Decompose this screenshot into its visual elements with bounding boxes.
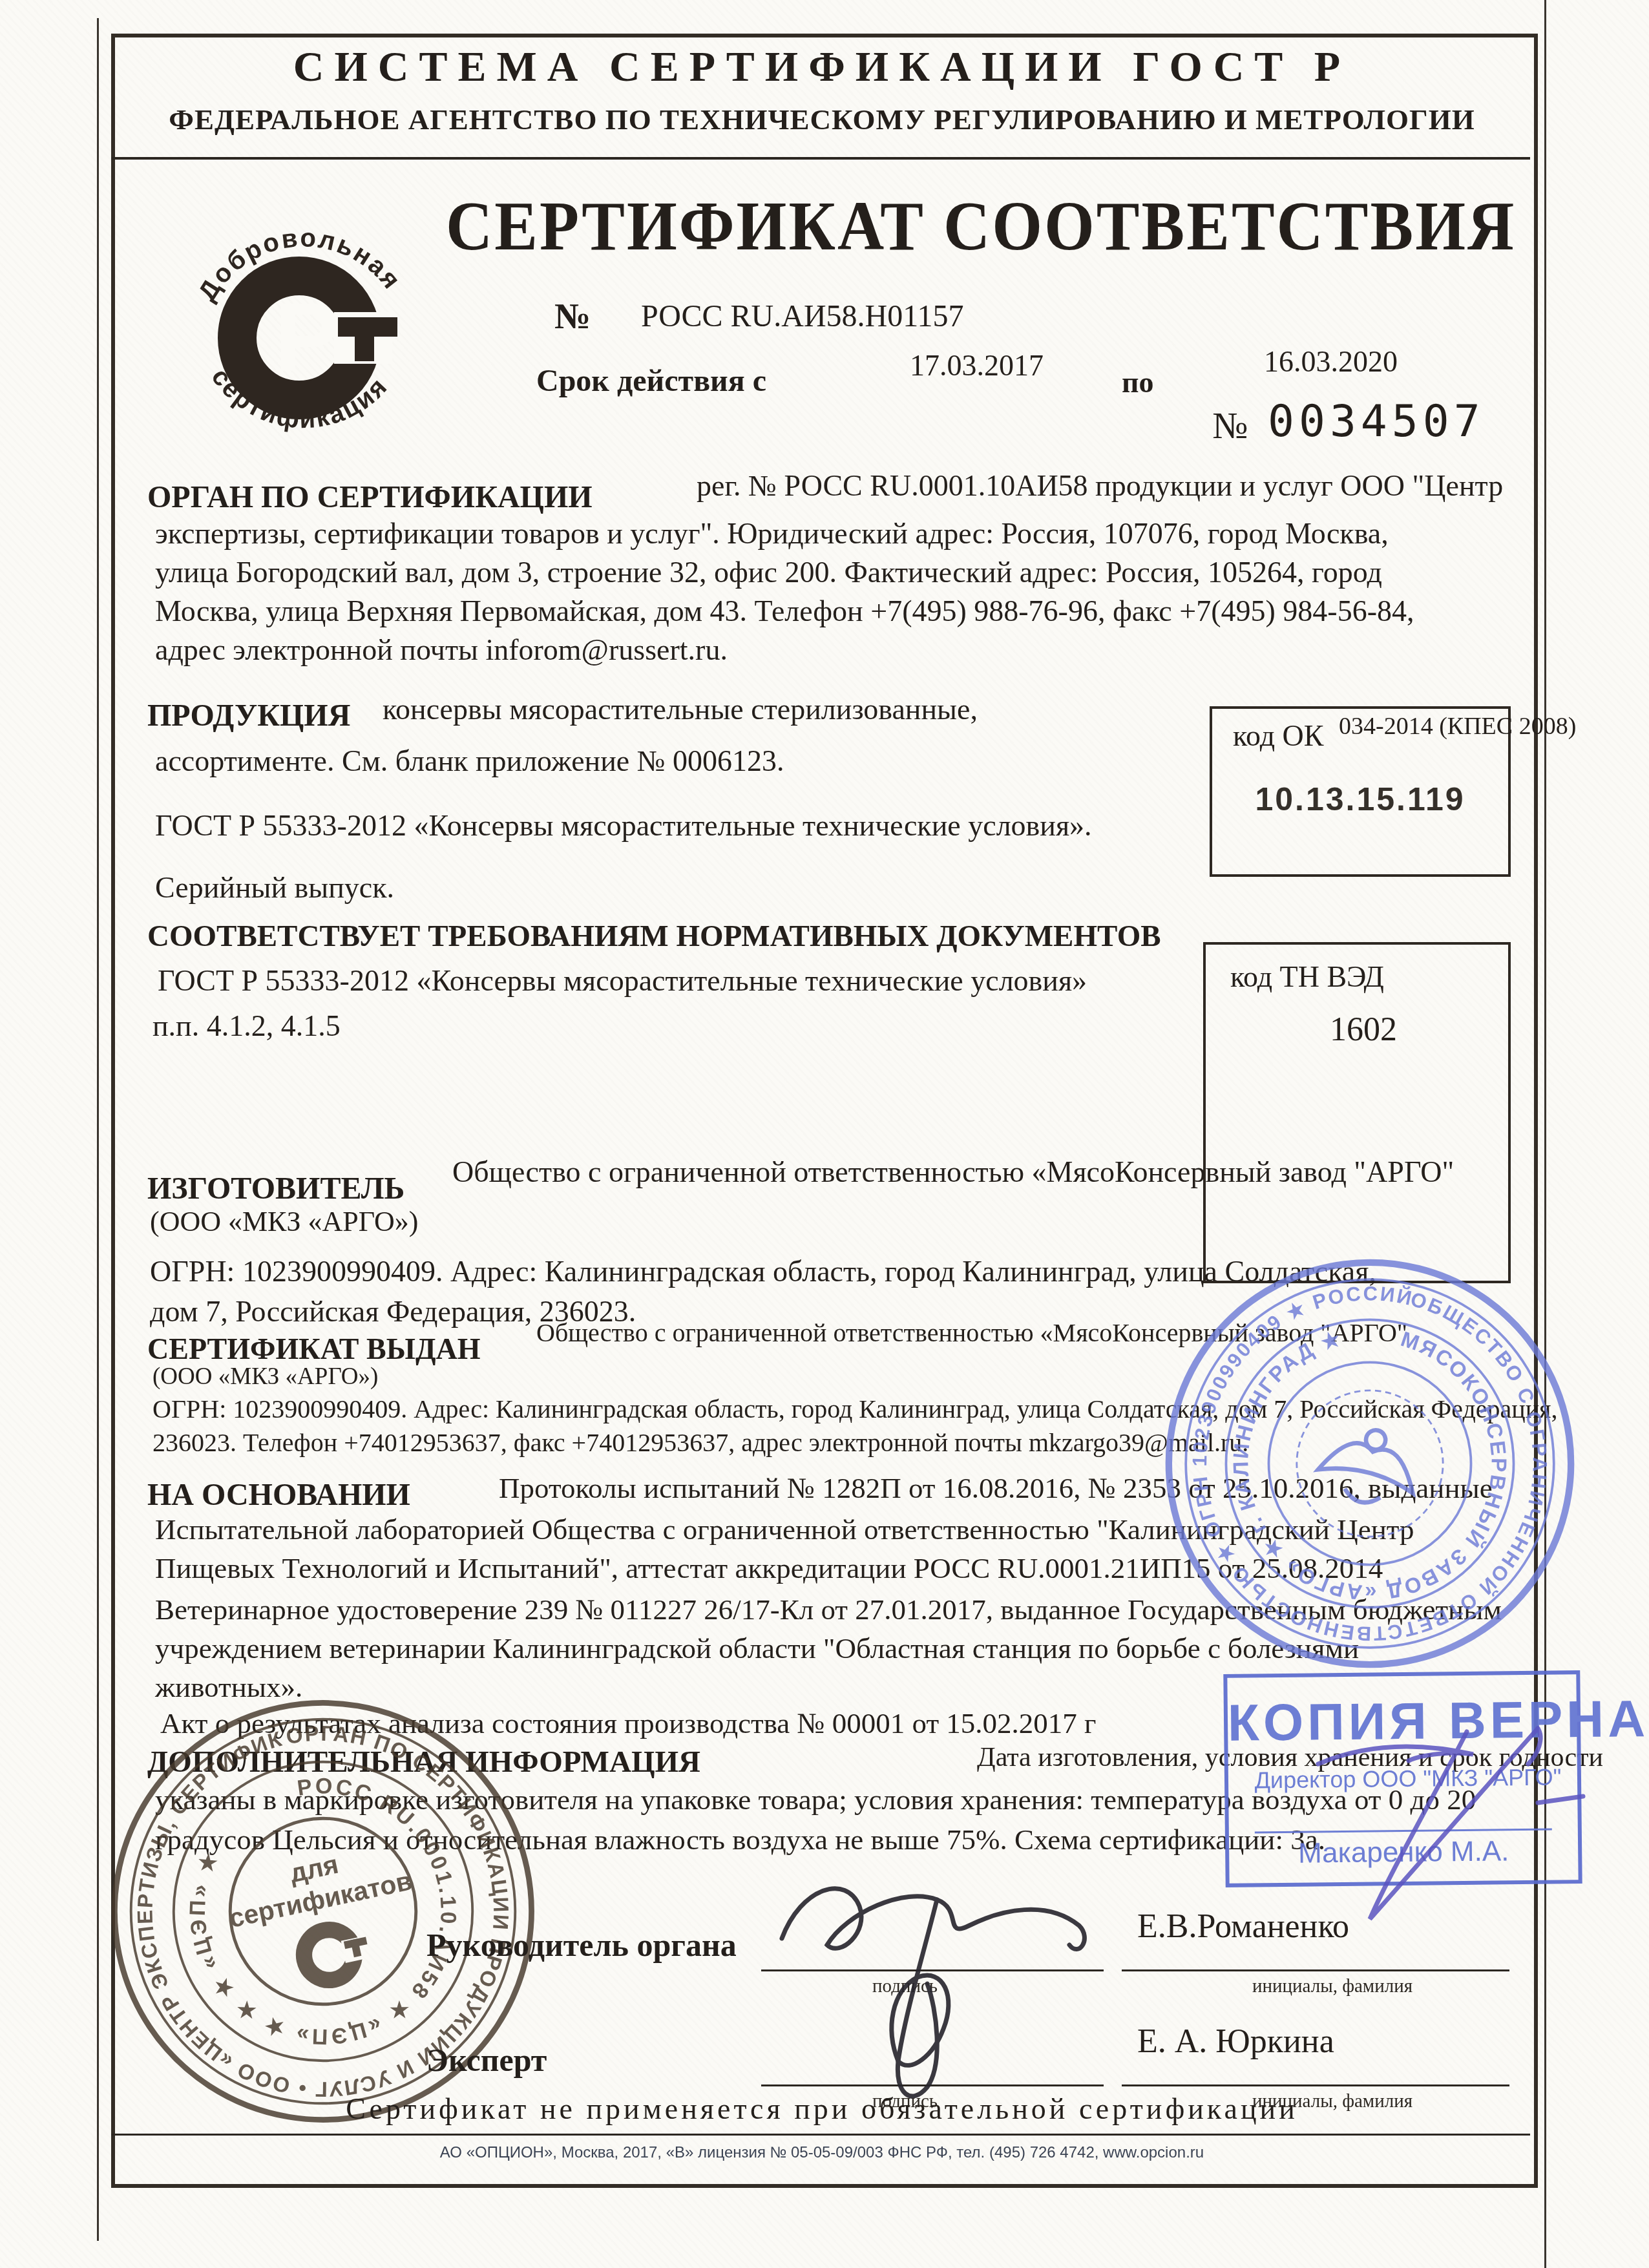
footer-rule bbox=[111, 2134, 1530, 2136]
organ-line4: Москва, улица Верхняя Первомайская, дом … bbox=[155, 594, 1414, 629]
black-stamp-mini-rst: Р bbox=[299, 1922, 373, 1985]
organ-line1: рег. № РОСС RU.0001.10АИ58 продукции и у… bbox=[697, 469, 1503, 503]
validity-label: Срок действия с bbox=[536, 363, 766, 399]
conformity-label: СООТВЕТСТВУЕТ ТРЕБОВАНИЯМ НОРМАТИВНЫХ ДО… bbox=[147, 919, 1161, 954]
expert-name-line bbox=[1122, 2084, 1509, 2086]
manufacturer-name: Общество с ограниченной ответственностью… bbox=[452, 1155, 1454, 1190]
date-to: 16.03.2020 bbox=[1264, 345, 1398, 379]
product-line4: Серийный выпуск. bbox=[155, 871, 394, 905]
code-ok-label: код ОК bbox=[1233, 719, 1324, 753]
product-line3: ГОСТ Р 55333-2012 «Консервы мясорастител… bbox=[155, 809, 1092, 843]
conformity-line2: п.п. 4.1.2, 4.1.5 bbox=[152, 1009, 341, 1044]
head-name-line bbox=[1122, 1969, 1509, 1971]
head-role: Руководитель органа bbox=[426, 1927, 737, 1964]
expert-name: Е. А. Юркина bbox=[1137, 2022, 1334, 2061]
organ-line2: экспертизы, сертификации товаров и услуг… bbox=[155, 517, 1389, 551]
blank-number: 0034507 bbox=[1268, 397, 1485, 447]
system-header: СИСТЕМА СЕРТИФИКАЦИИ ГОСТ Р bbox=[111, 43, 1533, 92]
date-from: 17.03.2017 bbox=[910, 349, 1044, 383]
blue-stamp-crest bbox=[1313, 1419, 1425, 1514]
product-line1: консервы мясорастительные стерилизованны… bbox=[383, 693, 978, 727]
fine-print: АО «ОПЦИОН», Москва, 2017, «В» лицензия … bbox=[111, 2144, 1533, 2162]
blank-number-label: № bbox=[1212, 404, 1248, 448]
product-label: ПРОДУКЦИЯ bbox=[147, 698, 350, 733]
rst-logo: Добровольная сертификация Р bbox=[171, 191, 436, 468]
code-ok-value: 10.13.15.119 bbox=[1212, 781, 1508, 819]
issued-to-line2: 236023. Телефон +74012953637, факс +7401… bbox=[152, 1428, 1248, 1458]
footer-note: Сертификат не применяется при обязательн… bbox=[111, 2092, 1533, 2126]
svg-text:Р: Р bbox=[275, 282, 339, 391]
certificate-page: СИСТЕМА СЕРТИФИКАЦИИ ГОСТ Р ФЕДЕРАЛЬНОЕ … bbox=[0, 0, 1649, 2268]
conformity-line1: ГОСТ Р 55333-2012 «Консервы мясорастител… bbox=[158, 964, 1087, 998]
agency-header: ФЕДЕРАЛЬНОЕ АГЕНТСТВО ПО ТЕХНИЧЕСКОМУ РЕ… bbox=[111, 103, 1533, 137]
organ-label: ОРГАН ПО СЕРТИФИКАЦИИ bbox=[147, 479, 593, 515]
expert-role: Эксперт bbox=[426, 2042, 547, 2079]
code-tn-label: код ТН ВЭД bbox=[1230, 960, 1384, 994]
manufacturer-line1: ОГРН: 1023900990409. Адрес: Калининградс… bbox=[150, 1255, 1376, 1289]
product-line2: ассортименте. См. бланк приложение № 000… bbox=[155, 744, 784, 779]
header-rule bbox=[111, 157, 1530, 160]
issued-to-short: (ООО «МКЗ «АРГО») bbox=[152, 1363, 378, 1391]
head-expert-signature bbox=[743, 1848, 1131, 2119]
number-label: № bbox=[554, 296, 591, 337]
code-ok-standard: 034-2014 (КПЕС 2008) bbox=[1339, 713, 1576, 741]
basis-label: НА ОСНОВАНИИ bbox=[147, 1477, 410, 1513]
basis-line-5: учреждением ветеринарии Калининградской … bbox=[155, 1632, 1359, 1666]
head-name: Е.В.Романенко bbox=[1137, 1907, 1349, 1946]
number-value: РОСС RU.АИ58.Н01157 bbox=[641, 299, 963, 334]
manufacturer-short: (ООО «МКЗ «АРГО») bbox=[150, 1206, 419, 1239]
head-name-caption: инициалы, фамилия bbox=[1252, 1976, 1413, 1997]
po-label: по bbox=[1122, 366, 1154, 400]
page-title: СЕРТИФИКАТ СООТВЕТСТВИЯ bbox=[446, 185, 1516, 266]
code-tn-value: 1602 bbox=[1330, 1011, 1397, 1049]
code-ok-box: код ОК 034-2014 (КПЕС 2008) 10.13.15.119 bbox=[1210, 706, 1511, 877]
manufacturer-label: ИЗГОТОВИТЕЛЬ bbox=[147, 1171, 404, 1206]
organ-line5: адрес электронной почты inforom@russert.… bbox=[155, 633, 728, 667]
organ-line3: улица Богородский вал, дом 3, строение 3… bbox=[155, 556, 1382, 590]
issued-to-label: СЕРТИФИКАТ ВЫДАН bbox=[147, 1332, 481, 1367]
